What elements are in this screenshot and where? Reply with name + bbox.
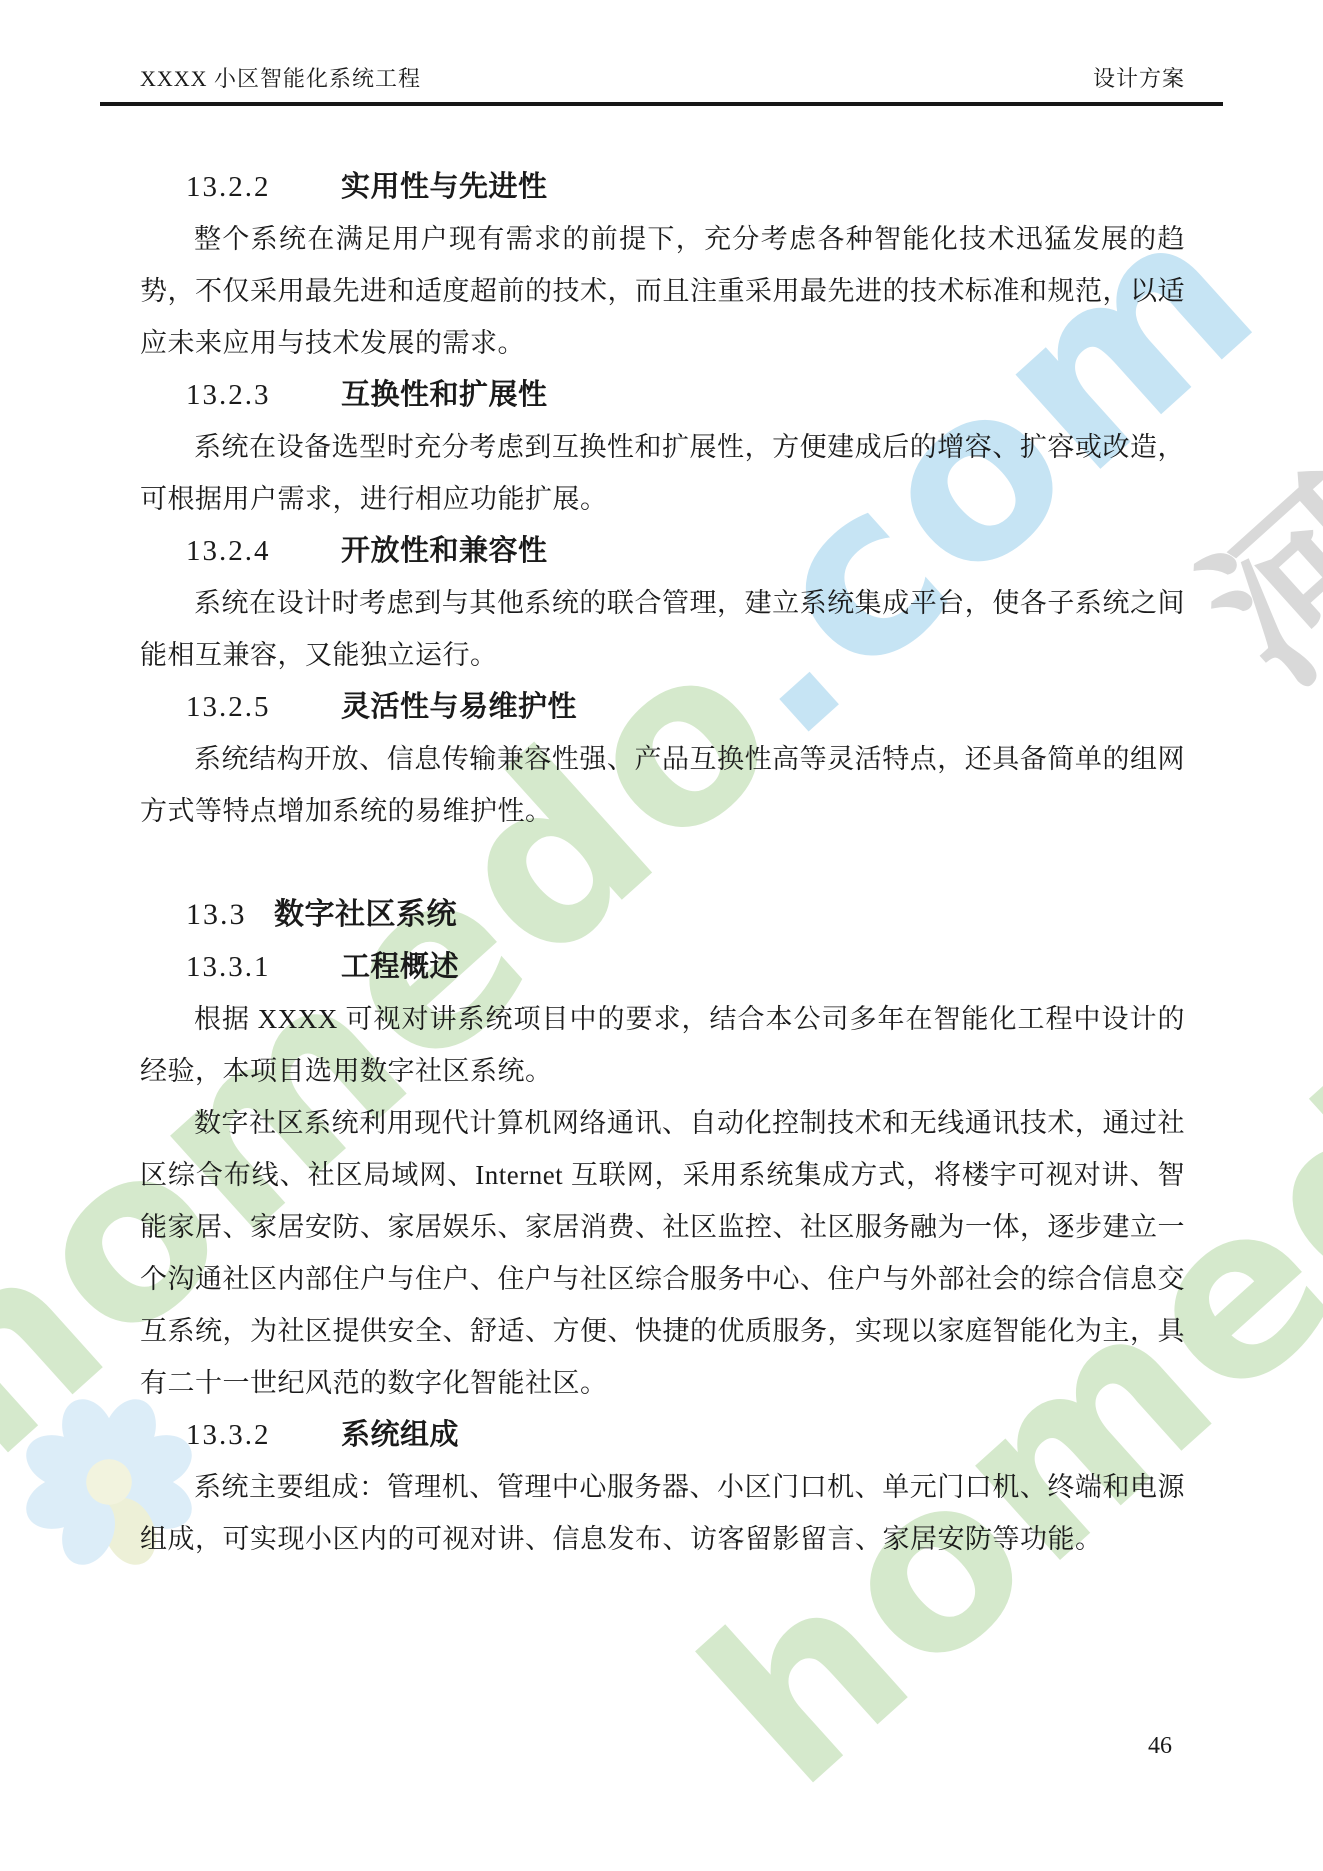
section-number: 13.2.3	[186, 369, 341, 421]
section-title: 数字社区系统	[274, 898, 457, 931]
page-header: XXXX 小区智能化系统工程 设计方案	[100, 62, 1223, 106]
section-heading-13-2-5: 13.2.5灵活性与易维护性	[140, 681, 1185, 733]
section-title: 开放性和兼容性	[341, 535, 548, 567]
paragraph: 整个系统在满足用户现有需求的前提下，充分考虑各种智能化技术迅猛发展的趋势，不仅采…	[140, 213, 1185, 369]
header-right-title: 设计方案	[1093, 62, 1185, 93]
section-heading-13-2-3: 13.2.3互换性和扩展性	[140, 369, 1185, 421]
paragraph: 数字社区系统利用现代计算机网络通讯、自动化控制技术和无线通讯技术，通过社区综合布…	[140, 1097, 1185, 1409]
section-heading-13-3-2: 13.3.2系统组成	[140, 1409, 1185, 1461]
document-page: homedo.com河姆渡 homedo.com XXXX 小区智能化系统工程 …	[0, 0, 1323, 1871]
paragraph: 系统在设备选型时充分考虑到互换性和扩展性，方便建成后的增容、扩容或改造，可根据用…	[140, 421, 1185, 525]
section-number: 13.3	[186, 889, 274, 941]
section-heading-13-2-4: 13.2.4开放性和兼容性	[140, 525, 1185, 577]
section-title: 工程概述	[341, 951, 459, 983]
section-heading-13-3: 13.3数字社区系统	[140, 889, 1185, 941]
section-heading-13-3-1: 13.3.1工程概述	[140, 941, 1185, 993]
section-title: 实用性与先进性	[341, 171, 548, 203]
header-left-title: XXXX 小区智能化系统工程	[140, 62, 421, 93]
paragraph: 系统在设计时考虑到与其他系统的联合管理，建立系统集成平台，使各子系统之间能相互兼…	[140, 577, 1185, 681]
section-title: 互换性和扩展性	[341, 379, 548, 411]
section-number: 13.3.2	[186, 1409, 341, 1461]
section-title: 系统组成	[341, 1419, 459, 1451]
section-number: 13.2.5	[186, 681, 341, 733]
section-title: 灵活性与易维护性	[341, 691, 577, 723]
paragraph: 系统结构开放、信息传输兼容性强、产品互换性高等灵活特点，还具备简单的组网方式等特…	[140, 733, 1185, 837]
document-body: 13.2.2实用性与先进性 整个系统在满足用户现有需求的前提下，充分考虑各种智能…	[140, 161, 1185, 1565]
section-number: 13.2.2	[186, 161, 341, 213]
paragraph: 系统主要组成：管理机、管理中心服务器、小区门口机、单元门口机、终端和电源组成，可…	[140, 1461, 1185, 1565]
section-heading-13-2-2: 13.2.2实用性与先进性	[140, 161, 1185, 213]
section-number: 13.2.4	[186, 525, 341, 577]
page-number: 46	[1148, 1733, 1172, 1760]
paragraph: 根据 XXXX 可视对讲系统项目中的要求，结合本公司多年在智能化工程中设计的经验…	[140, 993, 1185, 1097]
watermark-hemudu-text: 河姆渡	[1179, 193, 1323, 711]
section-number: 13.3.1	[186, 941, 341, 993]
